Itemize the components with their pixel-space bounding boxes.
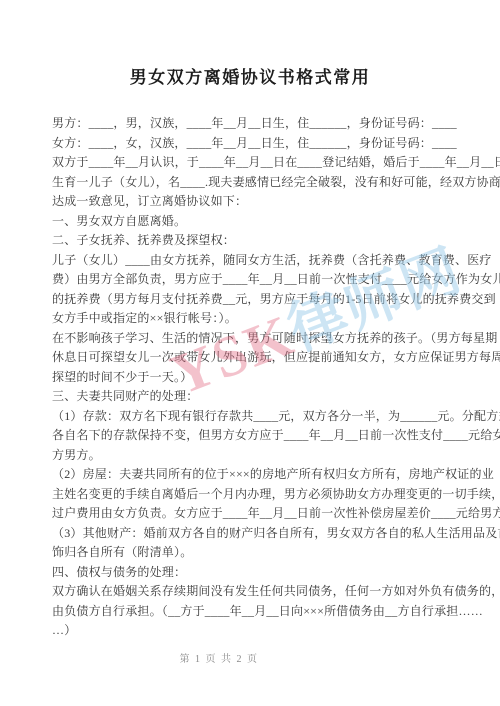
page-number: 第 1 页 共 2 页: [0, 650, 438, 665]
document-line: 双方于____年__月认识，于____年__月__日在____登记结婚，婚后于_…: [52, 153, 464, 173]
document-line: 二、子女抚养、抚养费及探望权：: [52, 231, 464, 251]
document-line: 在不影响孩子学习、生活的情况下，男方可随时探望女方抚养的孩子。（男方每星期: [52, 329, 464, 349]
document-line: 主姓名变更的手续自离婚后一个月内办理，男方必须协助女方办理变更的一切手续，: [52, 485, 464, 505]
document-line: 女方手中或指定的××银行帐号：）。: [52, 309, 464, 329]
document-line: 三、夫妻共同财产的处理：: [52, 387, 464, 407]
document-line: （2）房屋：夫妻共同所有的位于×××的房地产所有权归女方所有，房地产权证的业: [52, 465, 464, 485]
document-line: …）: [52, 621, 464, 641]
document-body: 男方：____，男，汉族，____年__月__日生，住______，身份证号码：…: [52, 114, 464, 641]
document-line: 四、债权与债务的处理：: [52, 563, 464, 583]
document-line: 过户费用由女方负责。女方应于____年__月__日前一次性补偿房屋差价____元…: [52, 504, 464, 524]
document-line: 休息日可探望女儿一次或带女儿外出游玩，但应提前通知女方，女方应保证男方每周: [52, 348, 464, 368]
document-line: 达成一致意见，订立离婚协议如下：: [52, 192, 464, 212]
document-line: 费）由男方全部负责，男方应于____年__月__日前一次性支付____元给女方作…: [52, 270, 464, 290]
document-line: 饰归各自所有（附清单）。: [52, 543, 464, 563]
document-line: （3）其他财产：婚前双方各自的财产归各自所有，男女双方各自的私人生活用品及首: [52, 524, 464, 544]
document-line: 由负债方自行承担。（__方于____年__月__日向×××所借债务由__方自行承…: [52, 602, 464, 622]
document-line: 女方：____，女，汉族，____年__月__日生，住______，身份证号码：…: [52, 134, 464, 154]
document-page: 男女双方离婚协议书格式常用 男方：____，男，汉族，____年__月__日生，…: [0, 0, 500, 706]
document-line: 各自名下的存款保持不变，但男方女方应于____年__月__日前一次性支付____…: [52, 426, 464, 446]
document-line: 一、男女双方自愿离婚。: [52, 212, 464, 232]
document-line: 的抚养费（男方每月支付抚养费__元，男方应于每月的1-5日前将女儿的抚养费交到: [52, 290, 464, 310]
document-line: 方男方。: [52, 446, 464, 466]
document-line: 儿子（女儿）____由女方抚养，随同女方生活，抚养费（含托养费、教育费、医疗: [52, 251, 464, 271]
document-line: 双方确认在婚姻关系存续期间没有发生任何共同债务，任何一方如对外负有债务的，: [52, 582, 464, 602]
document-line: 男方：____，男，汉族，____年__月__日生，住______，身份证号码：…: [52, 114, 464, 134]
document-line: 生育一儿子（女儿），名____.现夫妻感情已经完全破裂，没有和好可能，经双方协商: [52, 173, 464, 193]
document-line: 探望的时间不少于一天。）: [52, 368, 464, 388]
document-line: （1）存款：双方名下现有银行存款共____元，双方各分一半，为______元。分…: [52, 407, 464, 427]
document-title: 男女双方离婚协议书格式常用: [0, 63, 500, 88]
